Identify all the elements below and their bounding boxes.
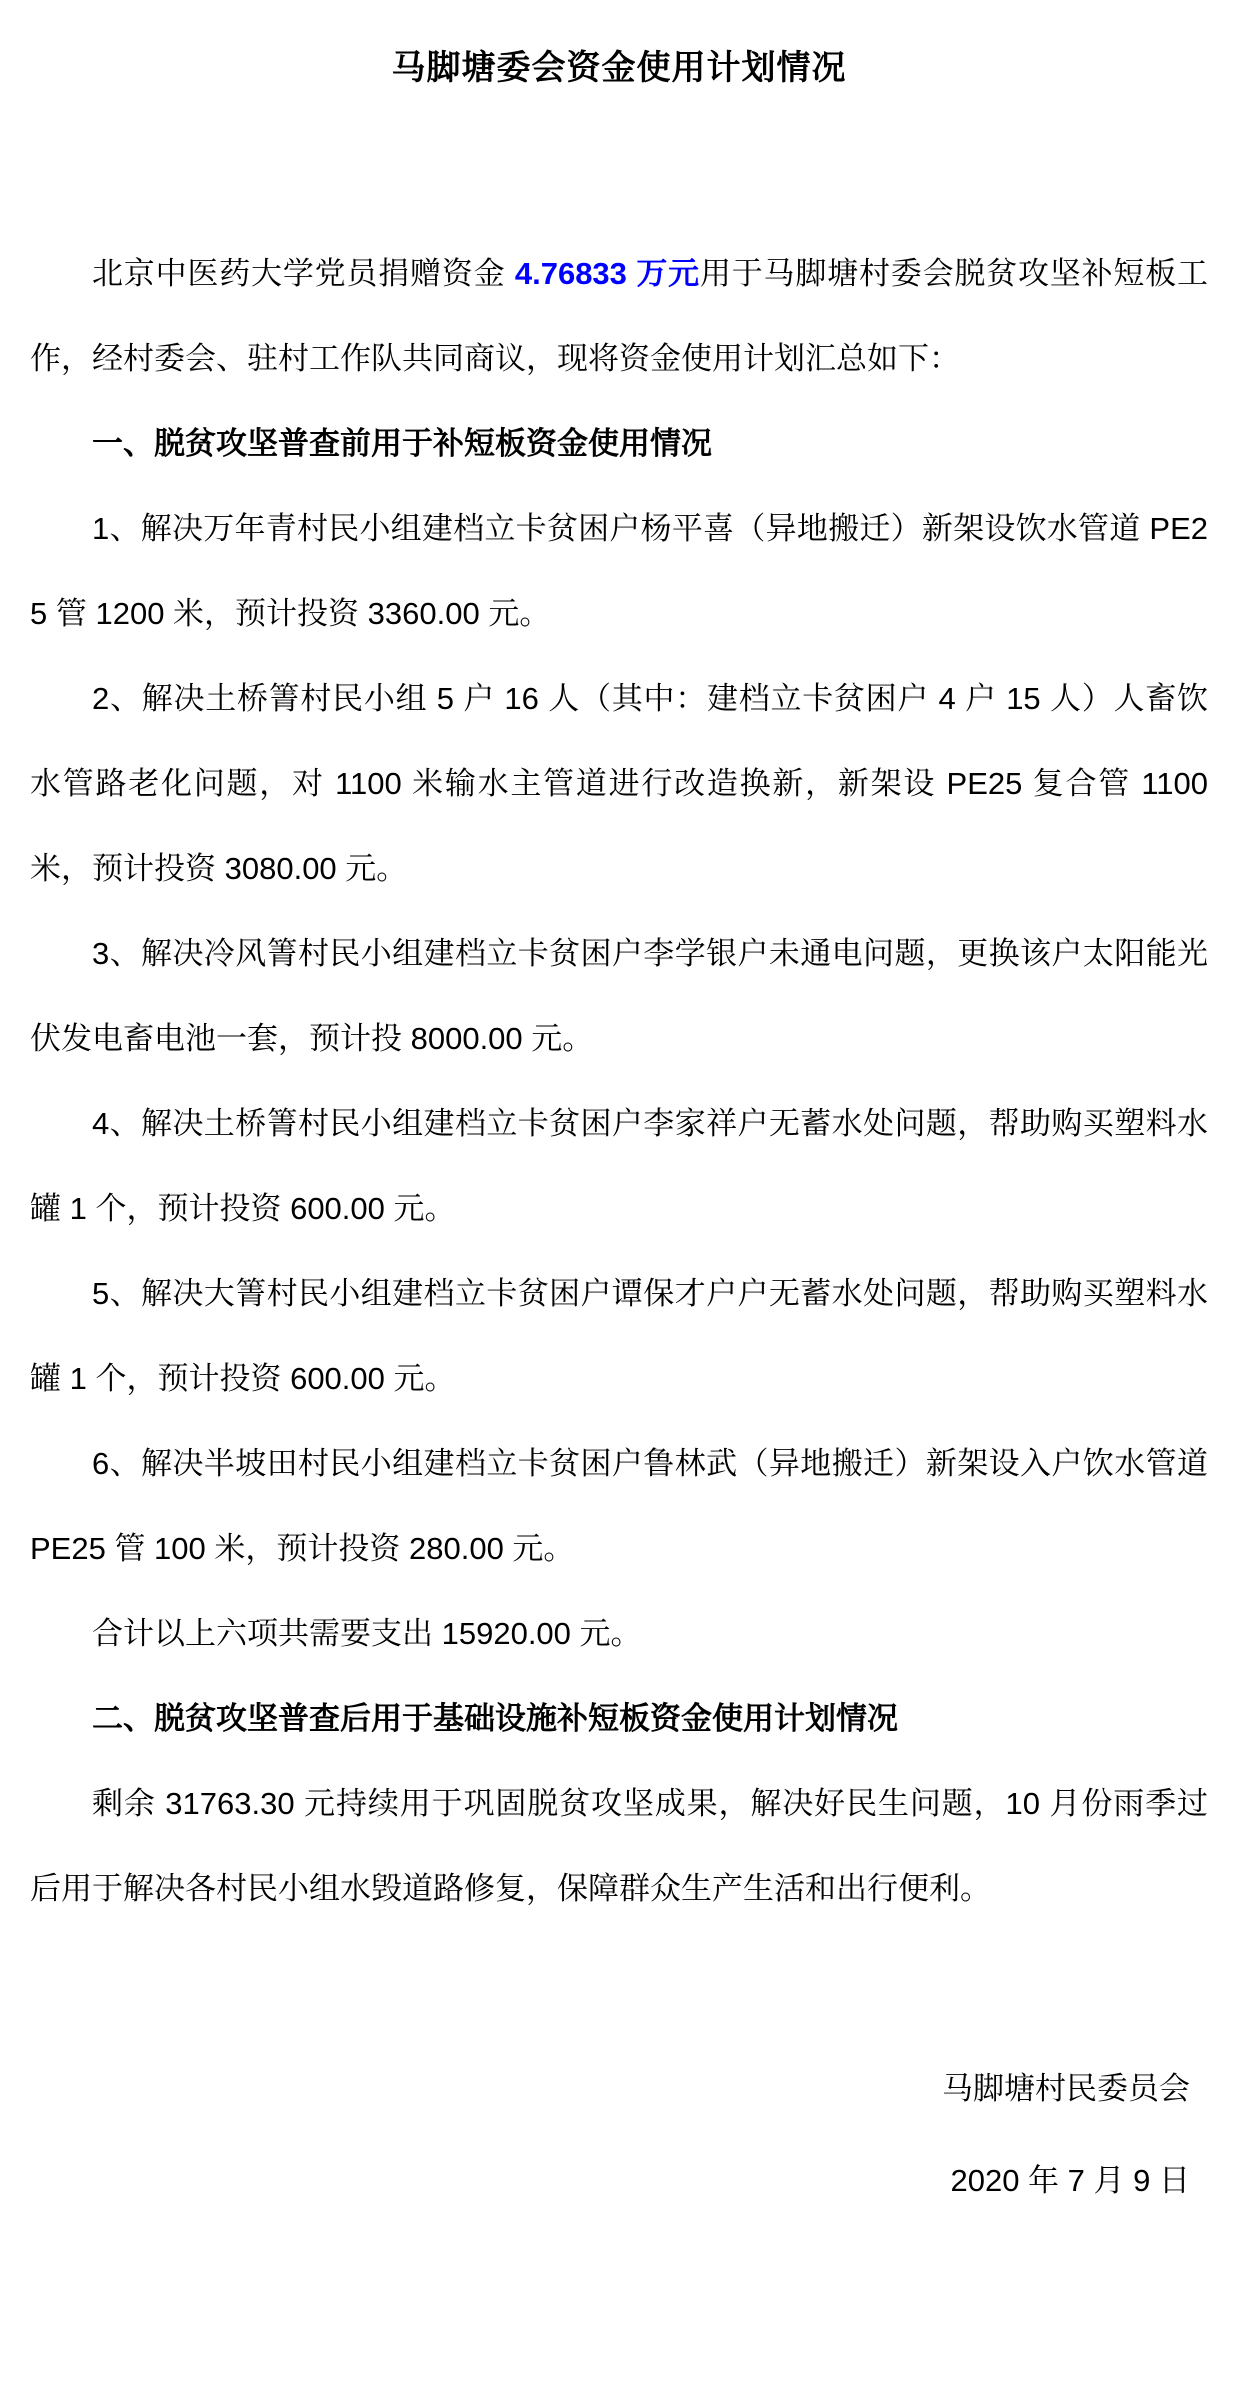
intro-text-before-amount: 北京中医药大学党员捐赠资金 [92, 256, 515, 291]
signature-date: 2020 年 7 月 9 日 [30, 2135, 1190, 2227]
intro-paragraph: 北京中医药大学党员捐赠资金 4.76833 万元用于马脚塘村委会脱贫攻坚补短板工… [30, 231, 1208, 401]
section1-item-6: 6、解决半坡田村民小组建档立卡贫困户鲁林武（异地搬迁）新架设入户饮水管道 PE2… [30, 1421, 1208, 1591]
section1-item-5: 5、解决大箐村民小组建档立卡贫困户谭保才户户无蓄水处问题，帮助购买塑料水罐 1 … [30, 1251, 1208, 1421]
section1-item-4: 4、解决土桥箐村民小组建档立卡贫困户李家祥户无蓄水处问题，帮助购买塑料水罐 1 … [30, 1081, 1208, 1251]
section1-item-1: 1、解决万年青村民小组建档立卡贫困户杨平喜（异地搬迁）新架设饮水管道 PE25 … [30, 486, 1208, 656]
section1-total-line: 合计以上六项共需要支出 15920.00 元。 [30, 1591, 1208, 1676]
section2-heading: 二、脱贫攻坚普查后用于基础设施补短板资金使用计划情况 [30, 1676, 1208, 1761]
section1-item-3: 3、解决冷风箐村民小组建档立卡贫困户李学银户未通电问题，更换该户太阳能光伏发电畜… [30, 911, 1208, 1081]
document-title: 马脚塘委会资金使用计划情况 [30, 40, 1208, 89]
section2-paragraph: 剩余 31763.30 元持续用于巩固脱贫攻坚成果，解决好民生问题，10 月份雨… [30, 1761, 1208, 1931]
signature-block: 马脚塘村民委员会 2020 年 7 月 9 日 [30, 2043, 1208, 2227]
section1-item-2: 2、解决土桥箐村民小组 5 户 16 人（其中：建档立卡贫困户 4 户 15 人… [30, 656, 1208, 911]
document-page: 马脚塘委会资金使用计划情况 北京中医药大学党员捐赠资金 4.76833 万元用于… [0, 0, 1238, 2386]
section1-heading: 一、脱贫攻坚普查前用于补短板资金使用情况 [30, 401, 1208, 486]
signature-committee: 马脚塘村民委员会 [30, 2043, 1190, 2135]
donation-amount-highlight: 4.76833 万元 [515, 256, 700, 291]
